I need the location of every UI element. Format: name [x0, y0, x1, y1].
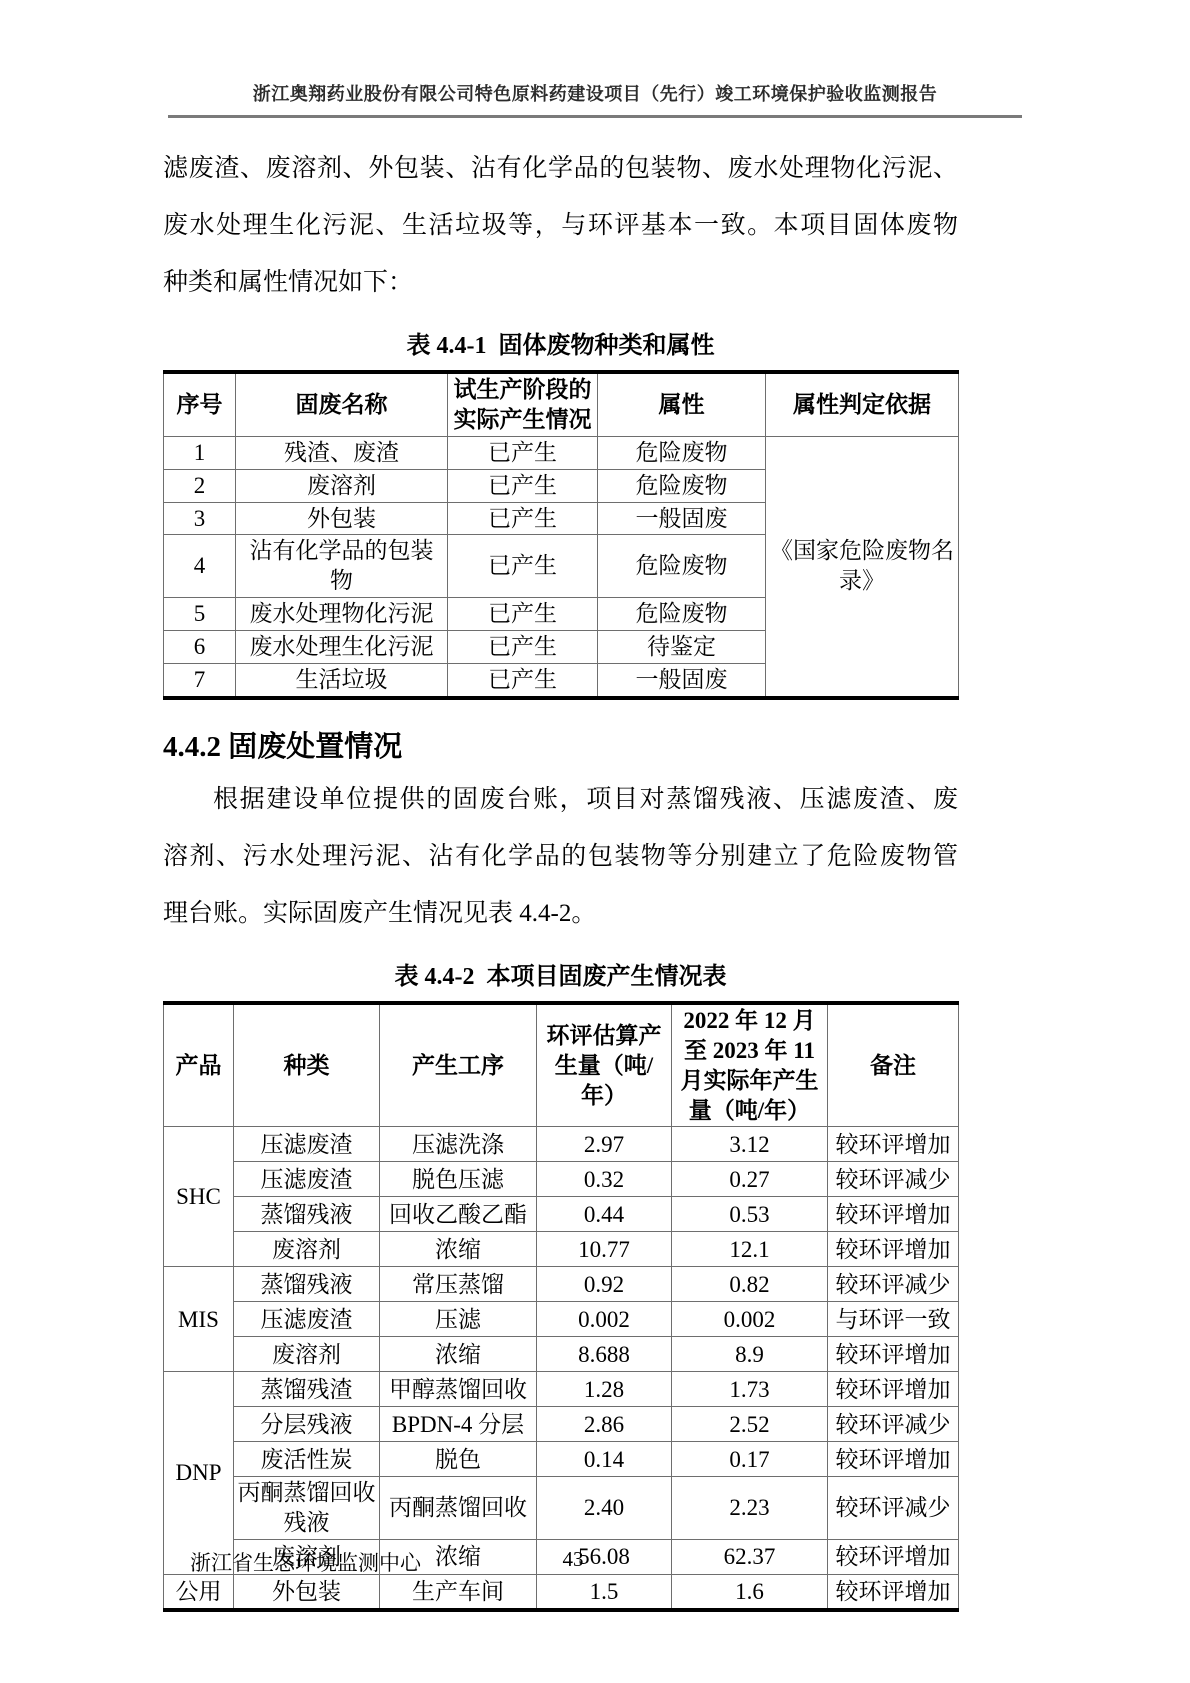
- table2-cell: 甲醇蒸馏回收: [380, 1372, 537, 1407]
- table2-cell: 3.12: [672, 1127, 828, 1162]
- table2-cell: 较环评增加: [828, 1127, 959, 1162]
- footer-organization: 浙江省生态环境监测中心: [190, 1547, 421, 1577]
- table2-product-cell: MIS: [164, 1267, 234, 1372]
- table2-cell: 较环评减少: [828, 1407, 959, 1442]
- table2-cell: 较环评减少: [828, 1162, 959, 1197]
- table2-cell: 较环评增加: [828, 1337, 959, 1372]
- table2-cell: 0.002: [672, 1302, 828, 1337]
- table2-cell: 蒸馏残渣: [234, 1372, 380, 1407]
- table1-col-no: 序号: [164, 372, 236, 436]
- table1-cell: 1: [164, 436, 236, 469]
- table1-col-status: 试生产阶段的实际产生情况: [448, 372, 598, 436]
- table2-cell: 外包装: [234, 1575, 380, 1610]
- solid-waste-generation-table: 产品 种类 产生工序 环评估算产生量（吨/年） 2022 年 12 月至 202…: [163, 1001, 959, 1612]
- table2-product-cell: SHC: [164, 1127, 234, 1267]
- document-title: 浙江奥翔药业股份有限公司特色原料药建设项目（先行）竣工环境保护验收监测报告: [253, 84, 938, 104]
- table2-cell: 分层残液: [234, 1407, 380, 1442]
- table1-cell: 7: [164, 664, 236, 698]
- table2-row: SHC压滤废渣压滤洗涤2.973.12较环评增加: [164, 1127, 959, 1162]
- table2-col-remark: 备注: [828, 1003, 959, 1127]
- table2-cell: 1.28: [537, 1372, 672, 1407]
- table1-cell: 已产生: [448, 631, 598, 664]
- table2-row: 压滤废渣脱色压滤0.320.27较环评减少: [164, 1162, 959, 1197]
- table2-cell: 废活性炭: [234, 1442, 380, 1477]
- table2-row: 丙酮蒸馏回收残液丙酮蒸馏回收2.402.23较环评减少: [164, 1477, 959, 1540]
- table2-cell: 62.37: [672, 1540, 828, 1575]
- table2-row: 蒸馏残液回收乙酸乙酯0.440.53较环评增加: [164, 1197, 959, 1232]
- table1-basis-cell: 《国家危险废物名录》: [766, 436, 959, 698]
- table2-cell: 2.40: [537, 1477, 672, 1540]
- table2-cell: 10.77: [537, 1232, 672, 1267]
- table1-row: 1残渣、废渣已产生危险废物《国家危险废物名录》: [164, 436, 959, 469]
- table2-cell: 回收乙酸乙酯: [380, 1197, 537, 1232]
- table1-col-name: 固废名称: [236, 372, 448, 436]
- table2-cell: 0.32: [537, 1162, 672, 1197]
- page-number: 43: [538, 1547, 608, 1572]
- table2-cell: 0.17: [672, 1442, 828, 1477]
- table2-caption: 表 4.4-2 本项目固废产生情况表: [163, 956, 958, 991]
- table1-cell: 危险废物: [598, 535, 766, 598]
- table2-col-process: 产生工序: [380, 1003, 537, 1127]
- table2-cell: 较环评增加: [828, 1575, 959, 1610]
- table2-row: 分层残液BPDN-4 分层2.862.52较环评减少: [164, 1407, 959, 1442]
- table2-product-cell: DNP: [164, 1372, 234, 1575]
- table1-cell: 已产生: [448, 535, 598, 598]
- page-content: 滤废渣、废溶剂、外包装、沾有化学品的包装物、废水处理物化污泥、 废水处理生化污泥…: [163, 140, 958, 1612]
- table2-col-actual: 2022 年 12 月至 2023 年 11 月实际年产生量（吨/年）: [672, 1003, 828, 1127]
- table2-row: 废溶剂浓缩10.7712.1较环评增加: [164, 1232, 959, 1267]
- table1-cell: 已产生: [448, 436, 598, 469]
- table1-cell: 废溶剂: [236, 469, 448, 502]
- table2-row: 公用外包装生产车间1.51.6较环评增加: [164, 1575, 959, 1610]
- table2-cell: 12.1: [672, 1232, 828, 1267]
- table2-cell: BPDN-4 分层: [380, 1407, 537, 1442]
- table2-row: 废溶剂浓缩8.6888.9较环评增加: [164, 1337, 959, 1372]
- table1-cell: 废水处理物化污泥: [236, 598, 448, 631]
- paragraph-line: 根据建设单位提供的固废台账，项目对蒸馏残液、压滤废渣、废: [163, 771, 958, 828]
- table1-header: 序号 固废名称 试生产阶段的实际产生情况 属性 属性判定依据: [164, 372, 959, 436]
- table2-cell: 0.002: [537, 1302, 672, 1337]
- solid-waste-types-table: 序号 固废名称 试生产阶段的实际产生情况 属性 属性判定依据 1残渣、废渣已产生…: [163, 370, 959, 700]
- table2-cell: 压滤废渣: [234, 1127, 380, 1162]
- table2-cell: 1.73: [672, 1372, 828, 1407]
- table2-cell: 2.23: [672, 1477, 828, 1540]
- table2-cell: 较环评减少: [828, 1267, 959, 1302]
- table2-cell: 较环评增加: [828, 1540, 959, 1575]
- table2-cell: 0.44: [537, 1197, 672, 1232]
- table1-cell: 危险废物: [598, 598, 766, 631]
- table2-cell: 较环评增加: [828, 1372, 959, 1407]
- disposal-paragraph: 根据建设单位提供的固废台账，项目对蒸馏残液、压滤废渣、废 溶剂、污水处理污泥、沾…: [163, 771, 958, 942]
- intro-paragraph: 滤废渣、废溶剂、外包装、沾有化学品的包装物、废水处理物化污泥、 废水处理生化污泥…: [163, 140, 958, 311]
- table1-col-attribute: 属性: [598, 372, 766, 436]
- paragraph-line: 废水处理生化污泥、生活垃圾等，与环评基本一致。本项目固体废物: [163, 197, 958, 254]
- table1-col-basis: 属性判定依据: [766, 372, 959, 436]
- table1-body: 1残渣、废渣已产生危险废物《国家危险废物名录》2废溶剂已产生危险废物3外包装已产…: [164, 436, 959, 698]
- table2-row: 压滤废渣压滤0.0020.002与环评一致: [164, 1302, 959, 1337]
- paragraph-line: 滤废渣、废溶剂、外包装、沾有化学品的包装物、废水处理物化污泥、: [163, 140, 958, 197]
- table1-cell: 危险废物: [598, 469, 766, 502]
- table2-cell: 生产车间: [380, 1575, 537, 1610]
- paragraph-line: 溶剂、污水处理污泥、沾有化学品的包装物等分别建立了危险废物管: [163, 828, 958, 885]
- table2-cell: 0.53: [672, 1197, 828, 1232]
- table1-cell: 已产生: [448, 469, 598, 502]
- table1-cell: 生活垃圾: [236, 664, 448, 698]
- table1-cell: 残渣、废渣: [236, 436, 448, 469]
- table1-cell: 一般固废: [598, 502, 766, 535]
- table2-cell: 压滤废渣: [234, 1302, 380, 1337]
- table2-cell: 较环评增加: [828, 1197, 959, 1232]
- table2-cell: 2.86: [537, 1407, 672, 1442]
- table2-cell: 压滤洗涤: [380, 1127, 537, 1162]
- table2-col-kind: 种类: [234, 1003, 380, 1127]
- table2-body: SHC压滤废渣压滤洗涤2.973.12较环评增加压滤废渣脱色压滤0.320.27…: [164, 1127, 959, 1610]
- table2-cell: 1.6: [672, 1575, 828, 1610]
- table1-cell: 已产生: [448, 598, 598, 631]
- table2-product-cell: 公用: [164, 1575, 234, 1610]
- table2-row: MIS蒸馏残液常压蒸馏0.920.82较环评减少: [164, 1267, 959, 1302]
- table2-cell: 废溶剂: [234, 1337, 380, 1372]
- table1-cell: 4: [164, 535, 236, 598]
- table2-cell: 压滤: [380, 1302, 537, 1337]
- table1-cell: 废水处理生化污泥: [236, 631, 448, 664]
- table1-cell: 5: [164, 598, 236, 631]
- table2-cell: 1.5: [537, 1575, 672, 1610]
- table2-cell: 常压蒸馏: [380, 1267, 537, 1302]
- table2-cell: 丙酮蒸馏回收: [380, 1477, 537, 1540]
- table2-cell: 浓缩: [380, 1232, 537, 1267]
- table1-cell: 6: [164, 631, 236, 664]
- table2-header: 产品 种类 产生工序 环评估算产生量（吨/年） 2022 年 12 月至 202…: [164, 1003, 959, 1127]
- document-page: 浙江奥翔药业股份有限公司特色原料药建设项目（先行）竣工环境保护验收监测报告 滤废…: [0, 0, 1190, 1683]
- table2-cell: 脱色: [380, 1442, 537, 1477]
- running-header: 浙江奥翔药业股份有限公司特色原料药建设项目（先行）竣工环境保护验收监测报告: [168, 80, 1022, 118]
- table1-cell: 外包装: [236, 502, 448, 535]
- table1-cell: 已产生: [448, 502, 598, 535]
- table2-cell: 0.27: [672, 1162, 828, 1197]
- table2-cell: 丙酮蒸馏回收残液: [234, 1477, 380, 1540]
- table2-col-eia-estimate: 环评估算产生量（吨/年）: [537, 1003, 672, 1127]
- table2-cell: 较环评减少: [828, 1477, 959, 1540]
- table2-cell: 蒸馏残液: [234, 1197, 380, 1232]
- table1-cell: 3: [164, 502, 236, 535]
- table1-cell: 待鉴定: [598, 631, 766, 664]
- table2-col-product: 产品: [164, 1003, 234, 1127]
- table2-cell: 0.82: [672, 1267, 828, 1302]
- table2-cell: 脱色压滤: [380, 1162, 537, 1197]
- paragraph-line: 种类和属性情况如下：: [163, 254, 958, 311]
- table2-cell: 0.92: [537, 1267, 672, 1302]
- paragraph-line: 理台账。实际固废产生情况见表 4.4-2。: [163, 885, 958, 942]
- table1-cell: 一般固废: [598, 664, 766, 698]
- table2-cell: 较环评增加: [828, 1232, 959, 1267]
- table1-header-row: 序号 固废名称 试生产阶段的实际产生情况 属性 属性判定依据: [164, 372, 959, 436]
- table2-row: DNP蒸馏残渣甲醇蒸馏回收1.281.73较环评增加: [164, 1372, 959, 1407]
- table2-header-row: 产品 种类 产生工序 环评估算产生量（吨/年） 2022 年 12 月至 202…: [164, 1003, 959, 1127]
- table2-cell: 浓缩: [380, 1337, 537, 1372]
- table2-cell: 8.9: [672, 1337, 828, 1372]
- table2-cell: 8.688: [537, 1337, 672, 1372]
- table2-cell: 0.14: [537, 1442, 672, 1477]
- section-heading: 4.4.2 固废处置情况: [163, 724, 958, 765]
- table1-cell: 沾有化学品的包装物: [236, 535, 448, 598]
- table2-cell: 与环评一致: [828, 1302, 959, 1337]
- table2-cell: 2.52: [672, 1407, 828, 1442]
- table2-cell: 压滤废渣: [234, 1162, 380, 1197]
- table2-row: 废活性炭脱色0.140.17较环评增加: [164, 1442, 959, 1477]
- table2-cell: 蒸馏残液: [234, 1267, 380, 1302]
- table1-cell: 已产生: [448, 664, 598, 698]
- table2-cell: 2.97: [537, 1127, 672, 1162]
- table1-caption: 表 4.4-1 固体废物种类和属性: [163, 325, 958, 360]
- table2-cell: 废溶剂: [234, 1232, 380, 1267]
- table1-cell: 危险废物: [598, 436, 766, 469]
- table2-cell: 较环评增加: [828, 1442, 959, 1477]
- table1-cell: 2: [164, 469, 236, 502]
